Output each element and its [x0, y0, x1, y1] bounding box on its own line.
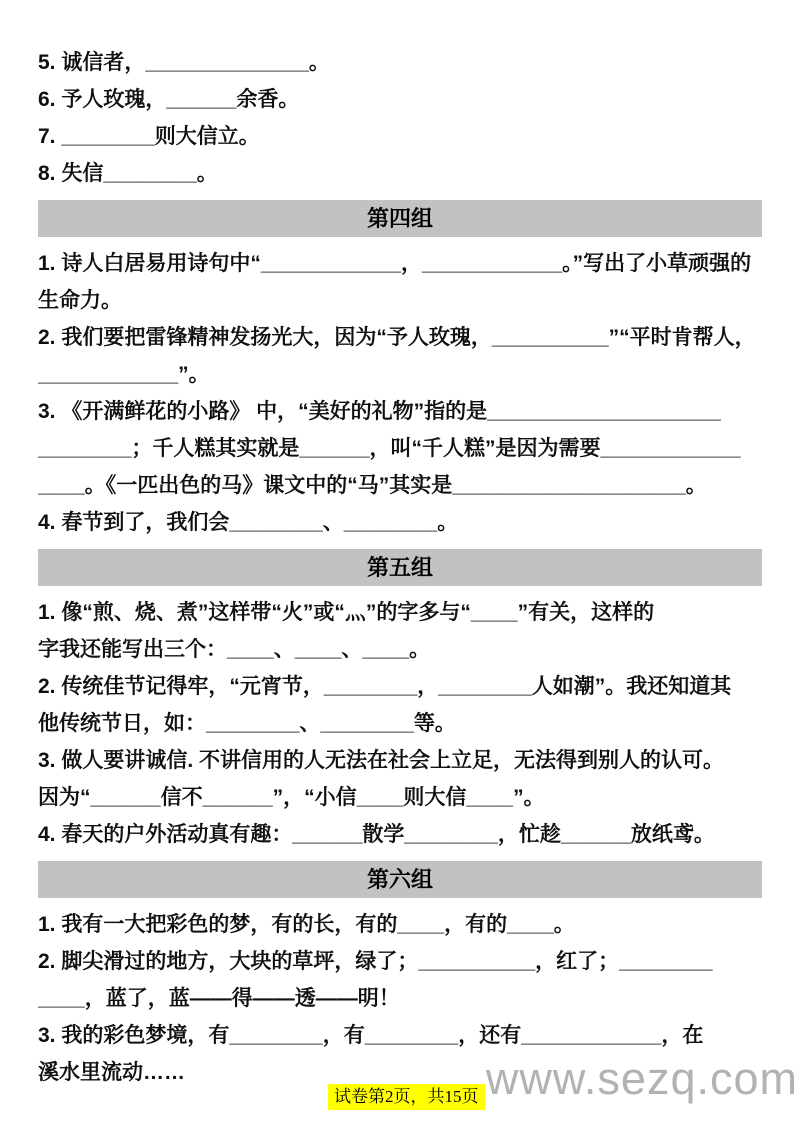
- section-header: 第五组: [38, 549, 762, 586]
- question-line: 3. 《开满鲜花的小路》 中，“美好的礼物”指的是_______________…: [38, 393, 762, 430]
- question-line: 因为“______信不______”，“小信____则大信____”。: [38, 779, 762, 816]
- question-line: 1. 像“煎、烧、煮”这样带“火”或“灬”的字多与“____”有关，这样的: [38, 594, 762, 631]
- page-footer: 试卷第2页，共15页: [328, 1084, 485, 1110]
- question-line: 4. 春天的户外活动真有趣：______散学________，忙趁______放…: [38, 816, 762, 853]
- section-header: 第四组: [38, 200, 762, 237]
- question-line: 生命力。: [38, 282, 762, 319]
- question-line: 3. 我的彩色梦境，有________，有________，还有________…: [38, 1017, 762, 1054]
- intro-item-line: 6. 予人玫瑰，______余香。: [38, 81, 762, 118]
- question-line: 2. 我们要把雷锋精神发扬光大，因为“予人玫瑰，__________”“平时肯帮…: [38, 319, 762, 356]
- section-header: 第六组: [38, 861, 762, 898]
- intro-item-line: 7. ________则大信立。: [38, 118, 762, 155]
- worksheet-body: 5. 诚信者，______________。6. 予人玫瑰，______余香。7…: [0, 0, 800, 1091]
- question-line: 他传统节日，如：________、________等。: [38, 705, 762, 742]
- question-line: 4. 春节到了，我们会________、________。: [38, 504, 762, 541]
- question-line: ________；千人糕其实就是______，叫“千人糕”是因为需要______…: [38, 430, 762, 467]
- question-line: 3. 做人要讲诚信. 不讲信用的人无法在社会上立足，无法得到别人的认可。: [38, 742, 762, 779]
- intro-item-line: 5. 诚信者，______________。: [38, 44, 762, 81]
- watermark: www.sezq.com: [486, 1054, 798, 1104]
- question-line: 1. 诗人白居易用诗句中“____________，____________。”…: [38, 245, 762, 282]
- question-line: 字我还能写出三个：____、____、____。: [38, 631, 762, 668]
- intro-item-line: 8. 失信________。: [38, 155, 762, 192]
- question-line: 2. 传统佳节记得牢，“元宵节，________，________人如潮”。我还…: [38, 668, 762, 705]
- question-line: ____，蓝了，蓝——得——透——明！: [38, 980, 762, 1017]
- question-line: ____。《一匹出色的马》课文中的“马”其实是_________________…: [38, 467, 762, 504]
- question-line: 1. 我有一大把彩色的梦，有的长，有的____，有的____。: [38, 906, 762, 943]
- question-line: ____________”。: [38, 356, 762, 393]
- question-line: 2. 脚尖滑过的地方，大块的草坪，绿了；__________，红了；______…: [38, 943, 762, 980]
